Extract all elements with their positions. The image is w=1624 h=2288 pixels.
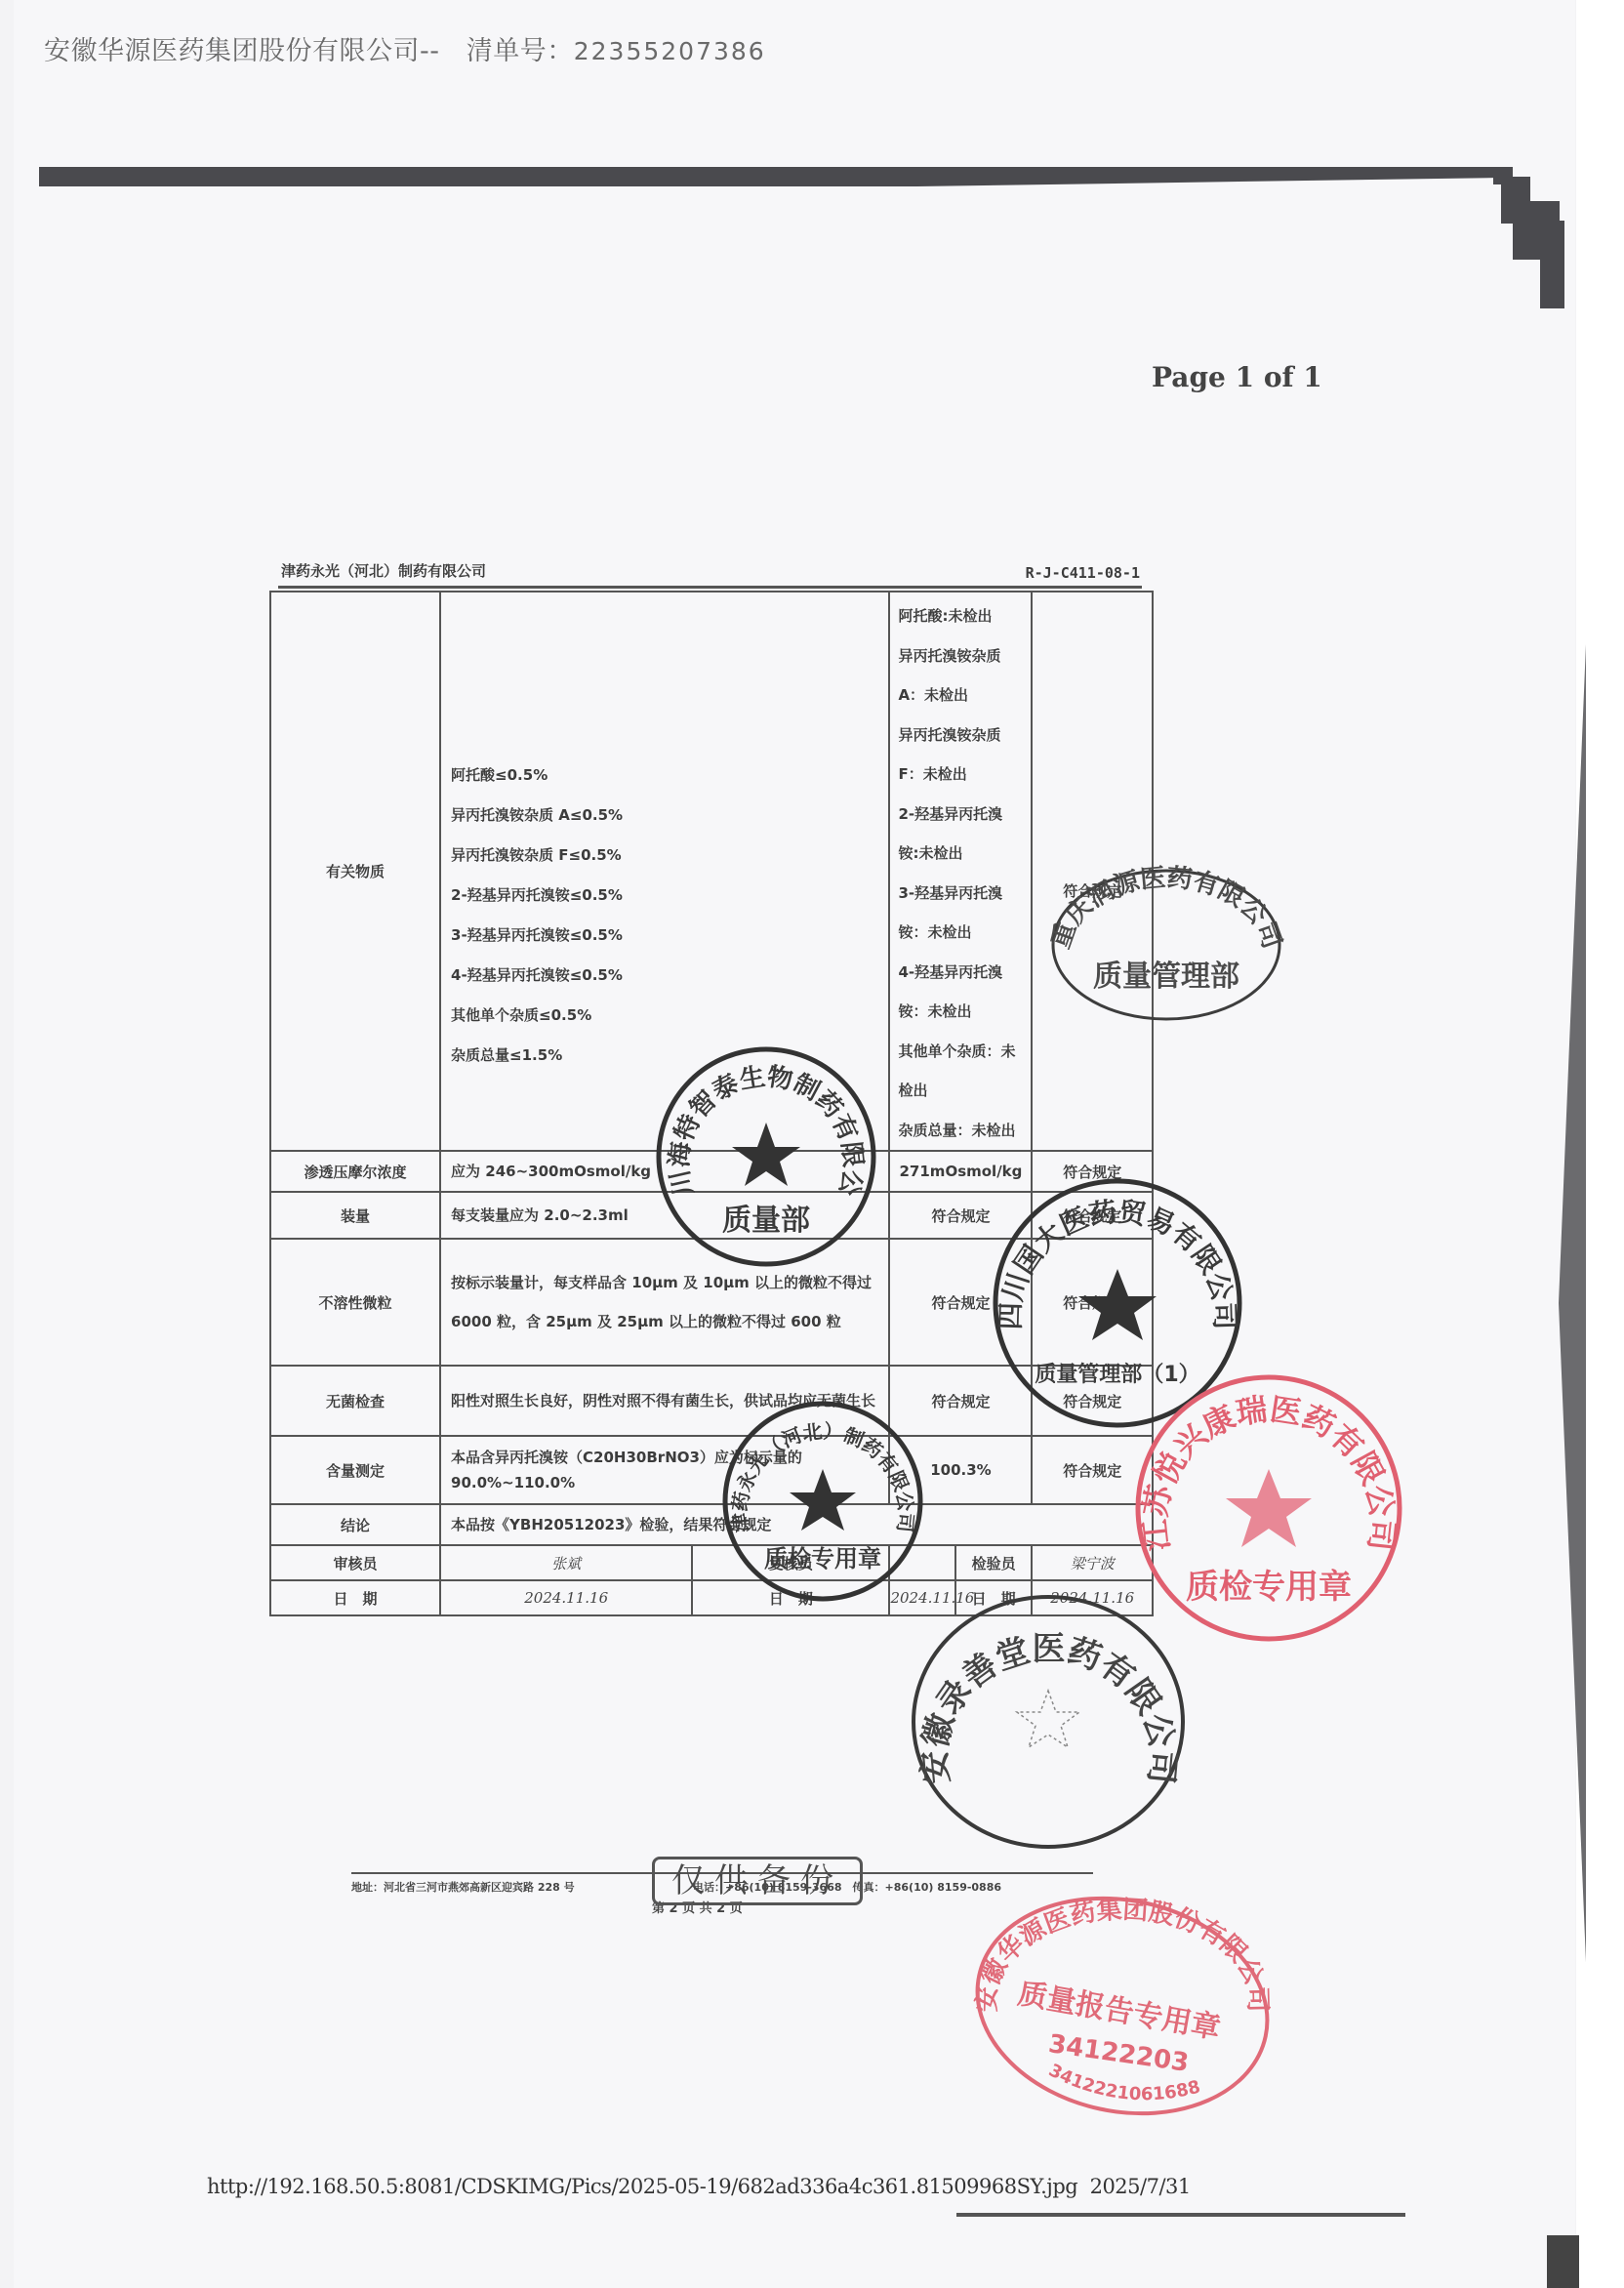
header-company: 安徽华源医药集团股份有限公司--	[44, 36, 440, 66]
result-line: 铵：未检出	[898, 913, 1031, 953]
header-rule	[278, 586, 1142, 589]
item-name: 不溶性微粒	[270, 1239, 440, 1366]
result-line: 杂质总量：未检出	[898, 1111, 1031, 1151]
result-line: 阿托酸:未检出	[898, 596, 1031, 636]
star-icon	[790, 1469, 856, 1531]
table-row: 含量测定 本品含异丙托溴铵（C20H30BrNO3）应为标示量的 90.0%~1…	[270, 1436, 1153, 1504]
standard-line: 异丙托溴铵杂质 F≤0.5%	[451, 836, 888, 876]
scan-corner	[1493, 167, 1579, 289]
standard-line: 3-羟基异丙托溴铵≤0.5%	[451, 916, 888, 956]
conclusion-label: 结论	[270, 1504, 440, 1545]
star-icon	[1226, 1469, 1312, 1547]
svg-text:质量管理部: 质量管理部	[1093, 960, 1239, 994]
result-line: 2-羟基异丙托溴	[898, 795, 1031, 835]
standard-line: 其他单个杂质≤0.5%	[451, 996, 888, 1036]
svg-text:重庆润源医药有限公司: 重庆润源医药有限公司	[1046, 863, 1286, 952]
item-name: 有关物质	[270, 592, 440, 1151]
standard-line: 异丙托溴铵杂质 A≤0.5%	[451, 796, 888, 836]
item-name: 装量	[270, 1192, 440, 1239]
result-line: 3-羟基异丙托溴	[898, 874, 1031, 914]
table-row: 结论 本品按《YBH20512023》检验，结果符合规定	[270, 1504, 1153, 1545]
stamp-anhui-lu: 安徽录善堂医药有限公司	[910, 1593, 1188, 1852]
scan-corner-bottom	[1547, 2235, 1579, 2288]
reviewer-signature: 张斌	[440, 1545, 692, 1580]
svg-text:质量部: 质量部	[722, 1204, 810, 1238]
stamp-jinyao: 津药永光（河北）制药有限公司 质检专用章	[720, 1399, 925, 1604]
result-cell: 阿托酸:未检出异丙托溴铵杂质A：未检出异丙托溴铵杂质F：未检出2-羟基异丙托溴铵…	[889, 592, 1032, 1151]
result-line: 铵:未检出	[898, 834, 1031, 874]
source-url: http://192.168.50.5:8081/CDSKIMG/Pics/20…	[207, 2175, 1077, 2198]
result-line: A：未检出	[898, 675, 1031, 715]
standard-line: 阿托酸≤0.5%	[451, 756, 888, 796]
copy-only-stamp: 仅供备份	[652, 1857, 863, 1905]
stamp-anhui-huayuan: 安徽华源医药集团股份有限公司 质量报告专用章 34122203 34122210…	[971, 1894, 1274, 2118]
result-line: 铵：未检出	[898, 992, 1031, 1032]
result-line: 异丙托溴铵杂质	[898, 636, 1031, 676]
footer-address: 地址：河北省三河市燕郊高新区迎宾路 228 号	[351, 1879, 575, 1895]
item-name: 渗透压摩尔浓度	[270, 1151, 440, 1192]
reviewer-date: 2024.11.16	[440, 1580, 692, 1615]
svg-text:质检专用章: 质检专用章	[764, 1545, 881, 1573]
star-icon	[1078, 1269, 1157, 1340]
svg-text:安徽录善堂医药有限公司: 安徽录善堂医药有限公司	[914, 1629, 1182, 1785]
signature-row: 审核员 张斌 复核员 检验员 梁宁波	[270, 1545, 1153, 1580]
reviewer-label: 审核员	[270, 1545, 440, 1580]
standard-line: 2-羟基异丙托溴铵≤0.5%	[451, 876, 888, 916]
page-indicator: Page 1 of 1	[1152, 361, 1322, 393]
result-line: F：未检出	[898, 755, 1031, 795]
document-code: R-J-C411-08-1	[1026, 564, 1140, 582]
header-list-number: 22355207386	[574, 37, 766, 65]
result-line: 检出	[898, 1071, 1031, 1111]
standard-line: 4-羟基异丙托溴铵≤0.5%	[451, 956, 888, 996]
item-name: 含量测定	[270, 1436, 440, 1504]
manufacturer-name: 津药永光（河北）制药有限公司	[281, 560, 486, 581]
date-label: 日 期	[270, 1580, 440, 1615]
star-icon	[732, 1123, 800, 1186]
inspector-label: 检验员	[955, 1545, 1033, 1580]
header-list-label: 清单号：	[467, 36, 574, 66]
result-line: 其他单个杂质：未	[898, 1032, 1031, 1072]
print-date: 2025/7/31	[1090, 2175, 1191, 2198]
svg-text:质量报告专用章: 质量报告专用章	[1015, 1977, 1223, 2046]
stamp-sichuan-bio: 四川海特智泰生物制药有限公司 质量部	[654, 1044, 878, 1269]
document-header: 安徽华源医药集团股份有限公司-- 清单号：22355207386	[44, 29, 766, 67]
stamp-chongqing: 重庆润源医药有限公司 质量管理部	[1049, 867, 1283, 1023]
star-icon	[1017, 1691, 1079, 1747]
bottom-rule	[956, 2213, 1405, 2217]
source-url-line: http://192.168.50.5:8081/CDSKIMG/Pics/20…	[207, 2175, 1191, 2198]
item-name: 无菌检查	[270, 1366, 440, 1436]
result-line: 4-羟基异丙托溴	[898, 953, 1031, 993]
svg-text:质检专用章: 质检专用章	[1186, 1568, 1352, 1607]
result-line: 异丙托溴铵杂质	[898, 715, 1031, 756]
